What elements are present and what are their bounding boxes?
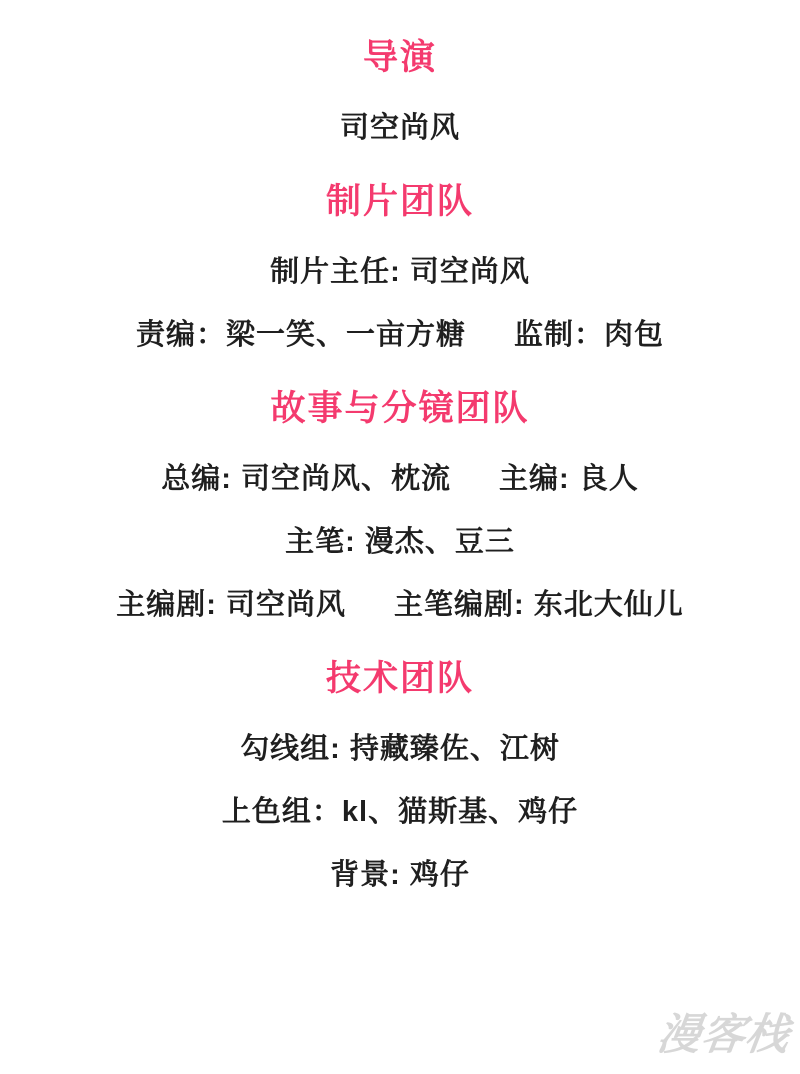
credit-segment: 主编: 良人 (499, 462, 639, 496)
credit-segment: 上色组：kl、猫斯基、鸡仔 (222, 795, 578, 829)
section-story-storyboard-team: 故事与分镜团队 总编: 司空尚风、枕流 主编: 良人 主笔: 漫杰、豆三 主编剧… (0, 389, 800, 622)
section-production-team: 制片团队 制片主任: 司空尚风 责编：梁一笑、一亩方糖 监制：肉包 (0, 182, 800, 352)
credit-line: 总编: 司空尚风、枕流 主编: 良人 (161, 462, 638, 496)
credit-line: 上色组：kl、猫斯基、鸡仔 (222, 795, 578, 829)
section-heading-story: 故事与分镜团队 (270, 389, 529, 429)
section-technical-team: 技术团队 勾线组: 持藏臻佐、江树 上色组：kl、猫斯基、鸡仔 背景: 鸡仔 (0, 659, 800, 892)
mankezhan-watermark-logo: 漫客栈 (654, 1001, 795, 1062)
credit-segment: 总编: 司空尚风、枕流 (161, 462, 451, 496)
credit-line: 制片主任: 司空尚风 (270, 255, 530, 289)
section-heading-director: 导演 (363, 38, 437, 78)
credit-line: 主编剧: 司空尚风 主笔编剧: 东北大仙儿 (116, 588, 683, 622)
credit-segment: 制片主任: 司空尚风 (270, 255, 530, 289)
credit-segment: 主编剧: 司空尚风 (116, 588, 346, 622)
credit-segment: 勾线组: 持藏臻佐、江树 (240, 732, 560, 766)
section-heading-technical: 技术团队 (326, 659, 474, 699)
credit-segment: 主笔: 漫杰、豆三 (285, 525, 515, 559)
credit-line: 勾线组: 持藏臻佐、江树 (240, 732, 560, 766)
credit-segment: 责编：梁一笑、一亩方糖 (136, 318, 466, 352)
credit-line: 主笔: 漫杰、豆三 (285, 525, 515, 559)
credit-segment: 监制：肉包 (514, 318, 664, 352)
credit-segment: 司空尚风 (340, 111, 460, 145)
credit-segment: 主笔编剧: 东北大仙儿 (394, 588, 684, 622)
credits-page: 导演 司空尚风 制片团队 制片主任: 司空尚风 责编：梁一笑、一亩方糖 监制：肉… (0, 0, 800, 1074)
section-director: 导演 司空尚风 (0, 38, 800, 145)
credit-line: 背景: 鸡仔 (330, 858, 470, 892)
credit-line: 责编：梁一笑、一亩方糖 监制：肉包 (136, 318, 664, 352)
section-heading-production: 制片团队 (326, 182, 474, 222)
credit-segment: 背景: 鸡仔 (330, 858, 470, 892)
credits-list: 导演 司空尚风 制片团队 制片主任: 司空尚风 责编：梁一笑、一亩方糖 监制：肉… (0, 38, 800, 892)
credit-line: 司空尚风 (340, 111, 460, 145)
